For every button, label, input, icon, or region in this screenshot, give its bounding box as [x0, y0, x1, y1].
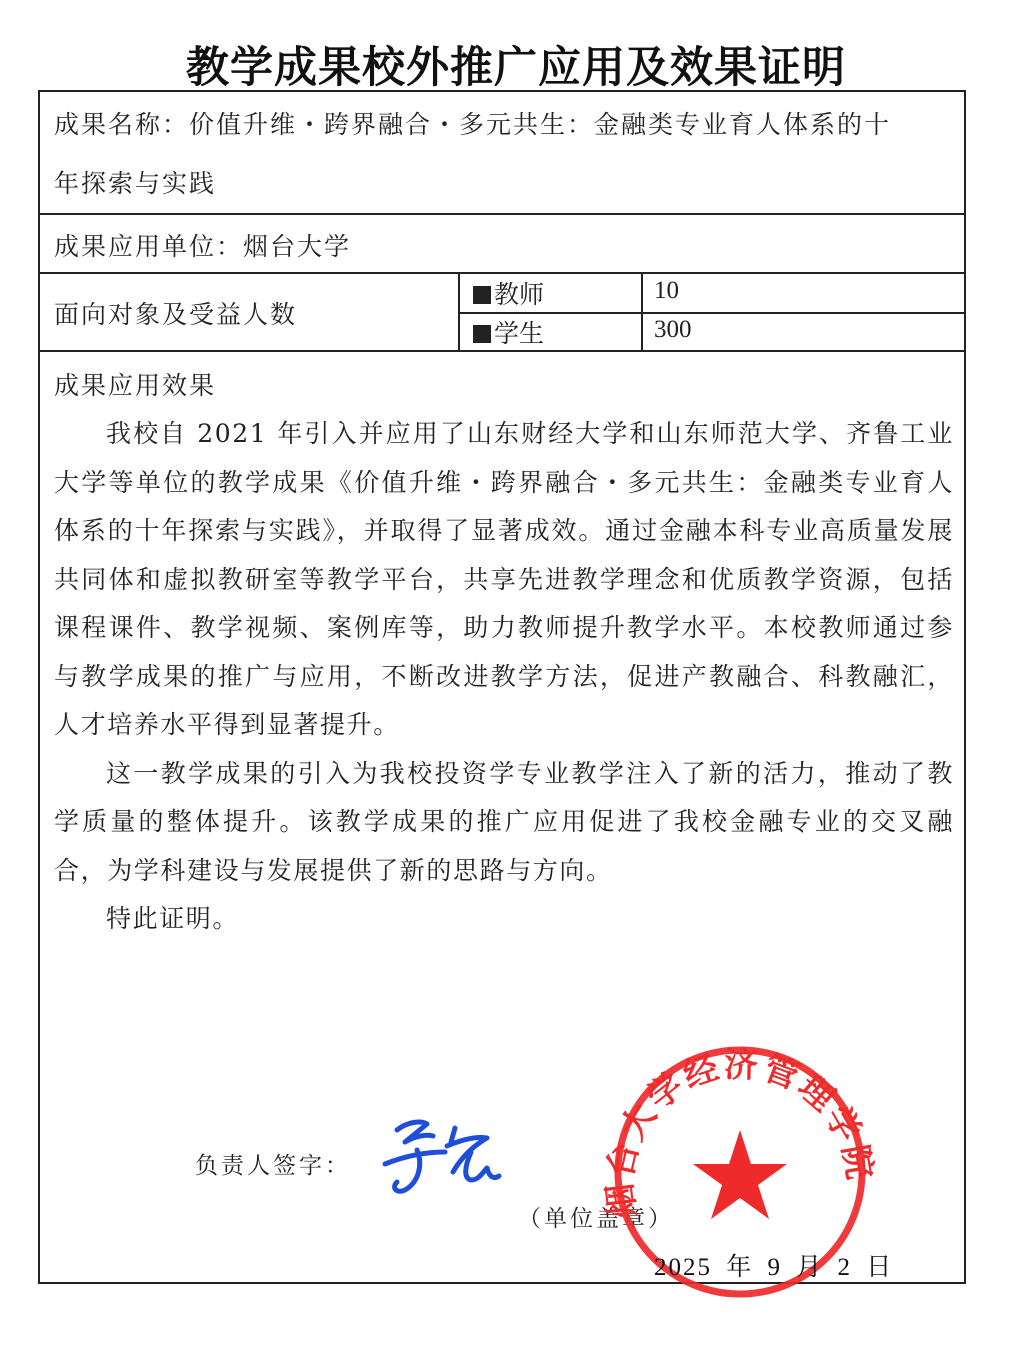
date: 2025 年 9 月 2 日	[654, 1247, 893, 1283]
application-unit: 成果应用单位：烟台大学	[54, 227, 351, 263]
effect-paragraph: 这一教学成果的引入为我校投资学专业教学注入了新的活力，推动了教学质量的整体提升。…	[54, 750, 954, 896]
beneficiary-student-count: 300	[654, 316, 692, 344]
achievement-name-line1: 成果名称：价值升维・跨界融合・多元共生：金融类专业育人体系的十	[54, 105, 891, 141]
effect-heading: 成果应用效果	[54, 362, 954, 410]
signature-label: 负责人签字：	[195, 1147, 351, 1180]
achievement-name-row: 成果名称：价值升维・跨界融合・多元共生：金融类专业育人体系的十 年探索与实践	[40, 92, 964, 215]
checked-box-icon	[473, 286, 491, 304]
application-unit-row: 成果应用单位：烟台大学	[40, 215, 964, 274]
beneficiary-teacher-count: 10	[654, 277, 679, 305]
beneficiary-category: 学生	[494, 319, 544, 348]
beneficiary-category: 教师	[494, 280, 544, 309]
handwritten-signature	[375, 1112, 505, 1202]
effect-paragraph: 我校自 2021 年引入并应用了山东财经大学和山东师范大学、齐鲁工业大学等单位的…	[54, 410, 954, 750]
achievement-name-line2: 年探索与实践	[54, 164, 216, 200]
beneficiary-teacher: 教师	[473, 275, 544, 311]
application-effect-section: 成果应用效果 我校自 2021 年引入并应用了山东财经大学和山东师范大学、齐鲁工…	[54, 362, 954, 944]
beneficiary-student: 学生	[473, 314, 544, 350]
closing-statement: 特此证明。	[54, 895, 954, 944]
document-title: 教学成果校外推广应用及效果证明	[0, 34, 1032, 95]
certificate-table: 成果名称：价值升维・跨界融合・多元共生：金融类专业育人体系的十 年探索与实践 成…	[38, 90, 966, 1284]
beneficiaries-row: 面向对象及受益人数 教师 10 学生 300	[40, 274, 964, 352]
checked-box-icon	[473, 325, 491, 343]
beneficiaries-label: 面向对象及受益人数	[54, 295, 297, 331]
